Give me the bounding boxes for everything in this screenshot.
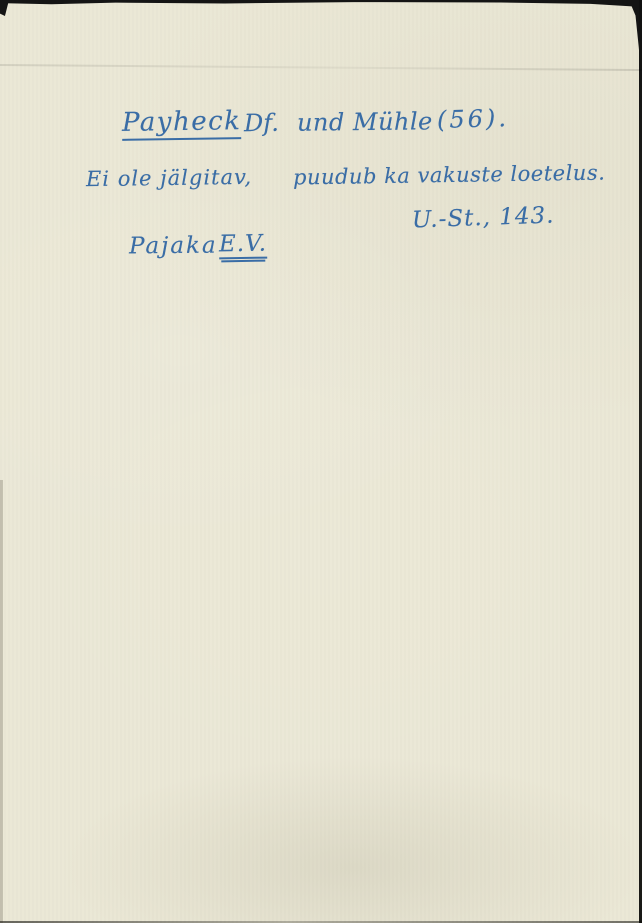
line4-place-name: Pajaka [129, 233, 218, 260]
line4-reference-abbrev: E.V. [219, 231, 267, 260]
line2-note-right: puudub ka vakuste loetelus. [293, 161, 606, 190]
line1-number: (56). [437, 104, 510, 134]
scan-edge-left-shadow [0, 480, 3, 923]
card-title-place-name: Payheck [122, 106, 242, 141]
scan-edge-top [0, 0, 642, 7]
scanned-index-card: Payheck Df. und Mühle (56). Ei ole jälgi… [0, 0, 642, 923]
line2-note-left: Ei ole jälgitav, [86, 165, 252, 191]
line3-source-reference: U.-St., 143. [412, 203, 555, 234]
line1-descriptor: und Mühle [297, 107, 433, 136]
scan-edge-top-left-notch [0, 0, 9, 16]
line1-abbreviation: Df. [244, 109, 279, 138]
paper-crease-line [0, 64, 642, 71]
